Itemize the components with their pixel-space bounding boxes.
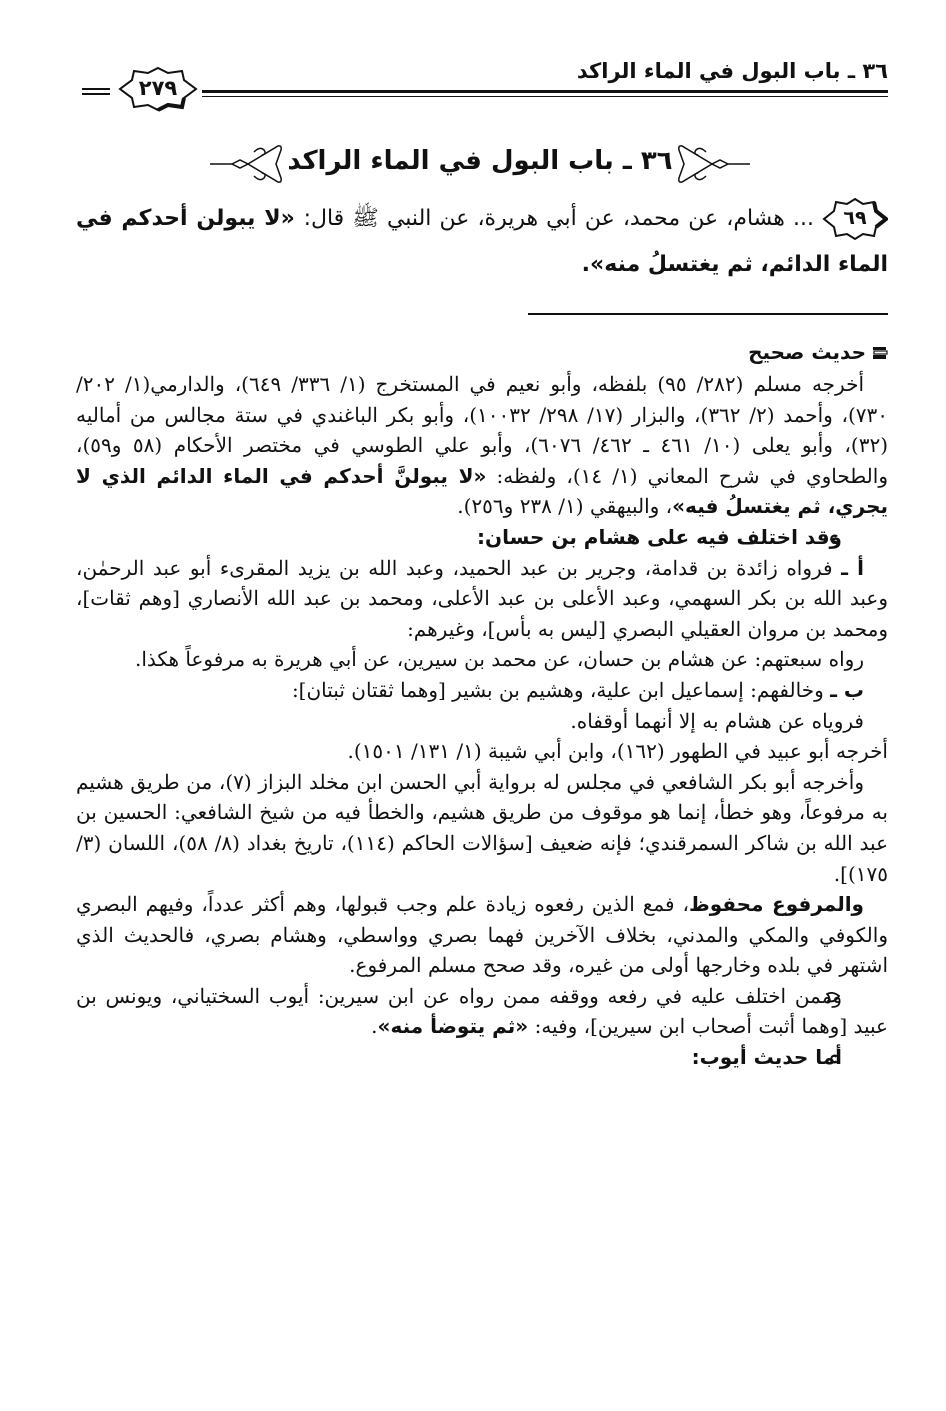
marfu-paragraph: والمرفوع محفوظ، فمع الذين رفعوه زيادة عل…: [76, 889, 888, 981]
rawayah-text: فروياه عن هشام به إلا أنهما أوقفاه.: [570, 709, 864, 733]
hadith-number-badge: ٦٩: [822, 197, 888, 241]
marfu-lead: والمرفوع محفوظ: [689, 892, 864, 916]
rawayah-paragraph: فروياه عن هشام به إلا أنهما أوقفاه.: [76, 706, 888, 737]
section-divider: [528, 313, 888, 315]
running-header: ٣٦ ـ باب البول في الماء الراكد ٢٧٩: [82, 58, 888, 108]
hadith-isnad: ... هشام، عن محمد، عن أبي هريرة، عن النب…: [304, 206, 814, 231]
chapter-title: ٣٦ ـ باب البول في الماء الراكد: [282, 144, 678, 178]
ikhtilaf-heading: وقد اختلف فيه على هشام بن حسان:: [76, 522, 888, 553]
grade-label: حديث صحيح: [748, 340, 866, 364]
mimman-paragraph: وممن اختلف عليه في رفعه ووقفه ممن رواه ع…: [76, 981, 888, 1042]
ba-paragraph: ب ـ وخالفهم: إسماعيل ابن علية، وهشيم بن …: [76, 675, 888, 706]
c-bullet-icon: [848, 533, 864, 547]
ba-label: ب ـ: [830, 678, 864, 702]
commentary: حديث صحيح أخرجه مسلم (٢٨٢/ ٩٥) بلفظه، وأ…: [76, 335, 888, 1073]
hadith-text: ٦٩ ... هشام، عن محمد، عن أبي هريرة، عن ا…: [76, 196, 888, 288]
ikhtilaf-heading-text: وقد اختلف فيه على هشام بن حسان:: [477, 525, 842, 549]
rawahu-text: رواه سبعتهم: عن هشام بن حسان، عن محمد بن…: [135, 647, 864, 671]
ayyub-heading-text: أما حديث أيوب:: [692, 1045, 842, 1069]
hadith-grade: حديث صحيح: [76, 335, 888, 369]
takhrij-paragraph: أخرجه مسلم (٢٨٢/ ٩٥) بلفظه، وأبو نعيم في…: [76, 369, 888, 522]
shafii-text: وأخرجه أبو بكر الشافعي في مجلس له برواية…: [76, 770, 888, 886]
hadith-number: ٦٩: [822, 205, 888, 231]
ornament-right-icon: [676, 142, 750, 186]
book-stack-icon: [872, 346, 888, 360]
chapter-heading: ٣٦ ـ باب البول في الماء الراكد: [210, 140, 750, 190]
alif-text: فرواه زائدة بن قدامة، وجرير بن عبد الحمي…: [76, 556, 888, 641]
abu-ubaid-text: أخرجه أبو عبيد في الطهور (١٦٢)، وابن أبي…: [347, 739, 888, 763]
page-number-badge: ٢٧٩: [118, 66, 198, 112]
running-header-title: ٣٦ ـ باب البول في الماء الراكد: [577, 58, 888, 84]
leaf-bullet-icon: [848, 992, 864, 1006]
abu-ubaid-paragraph: أخرجه أبو عبيد في الطهور (١٦٢)، وابن أبي…: [76, 736, 888, 767]
alif-paragraph: أ ـ فرواه زائدة بن قدامة، وجرير بن عبد ا…: [76, 553, 888, 645]
book-page: ٣٦ ـ باب البول في الماء الراكد ٢٧٩ ٣٦ ـ …: [0, 0, 946, 1411]
page-number: ٢٧٩: [118, 75, 198, 101]
ayyub-heading: أما حديث أيوب:: [76, 1042, 888, 1073]
ornament-left-icon: [210, 142, 284, 186]
shafii-paragraph: وأخرجه أبو بكر الشافعي في مجلس له برواية…: [76, 767, 888, 889]
alif-label: أ ـ: [841, 556, 864, 580]
header-double-rule: [202, 90, 888, 97]
rawahu-paragraph: رواه سبعتهم: عن هشام بن حسان، عن محمد بن…: [76, 644, 888, 675]
header-rule-left: [82, 88, 110, 95]
takhrij-text-end: ، والبيهقي (١/ ٢٣٨ و٢٥٦).: [457, 494, 672, 518]
c-bullet-icon: [848, 1053, 864, 1067]
mimman-variant: «ثم يتوضأ منه»: [378, 1014, 529, 1038]
ba-text: وخالفهم: إسماعيل ابن علية، وهشيم بن بشير…: [292, 678, 824, 702]
